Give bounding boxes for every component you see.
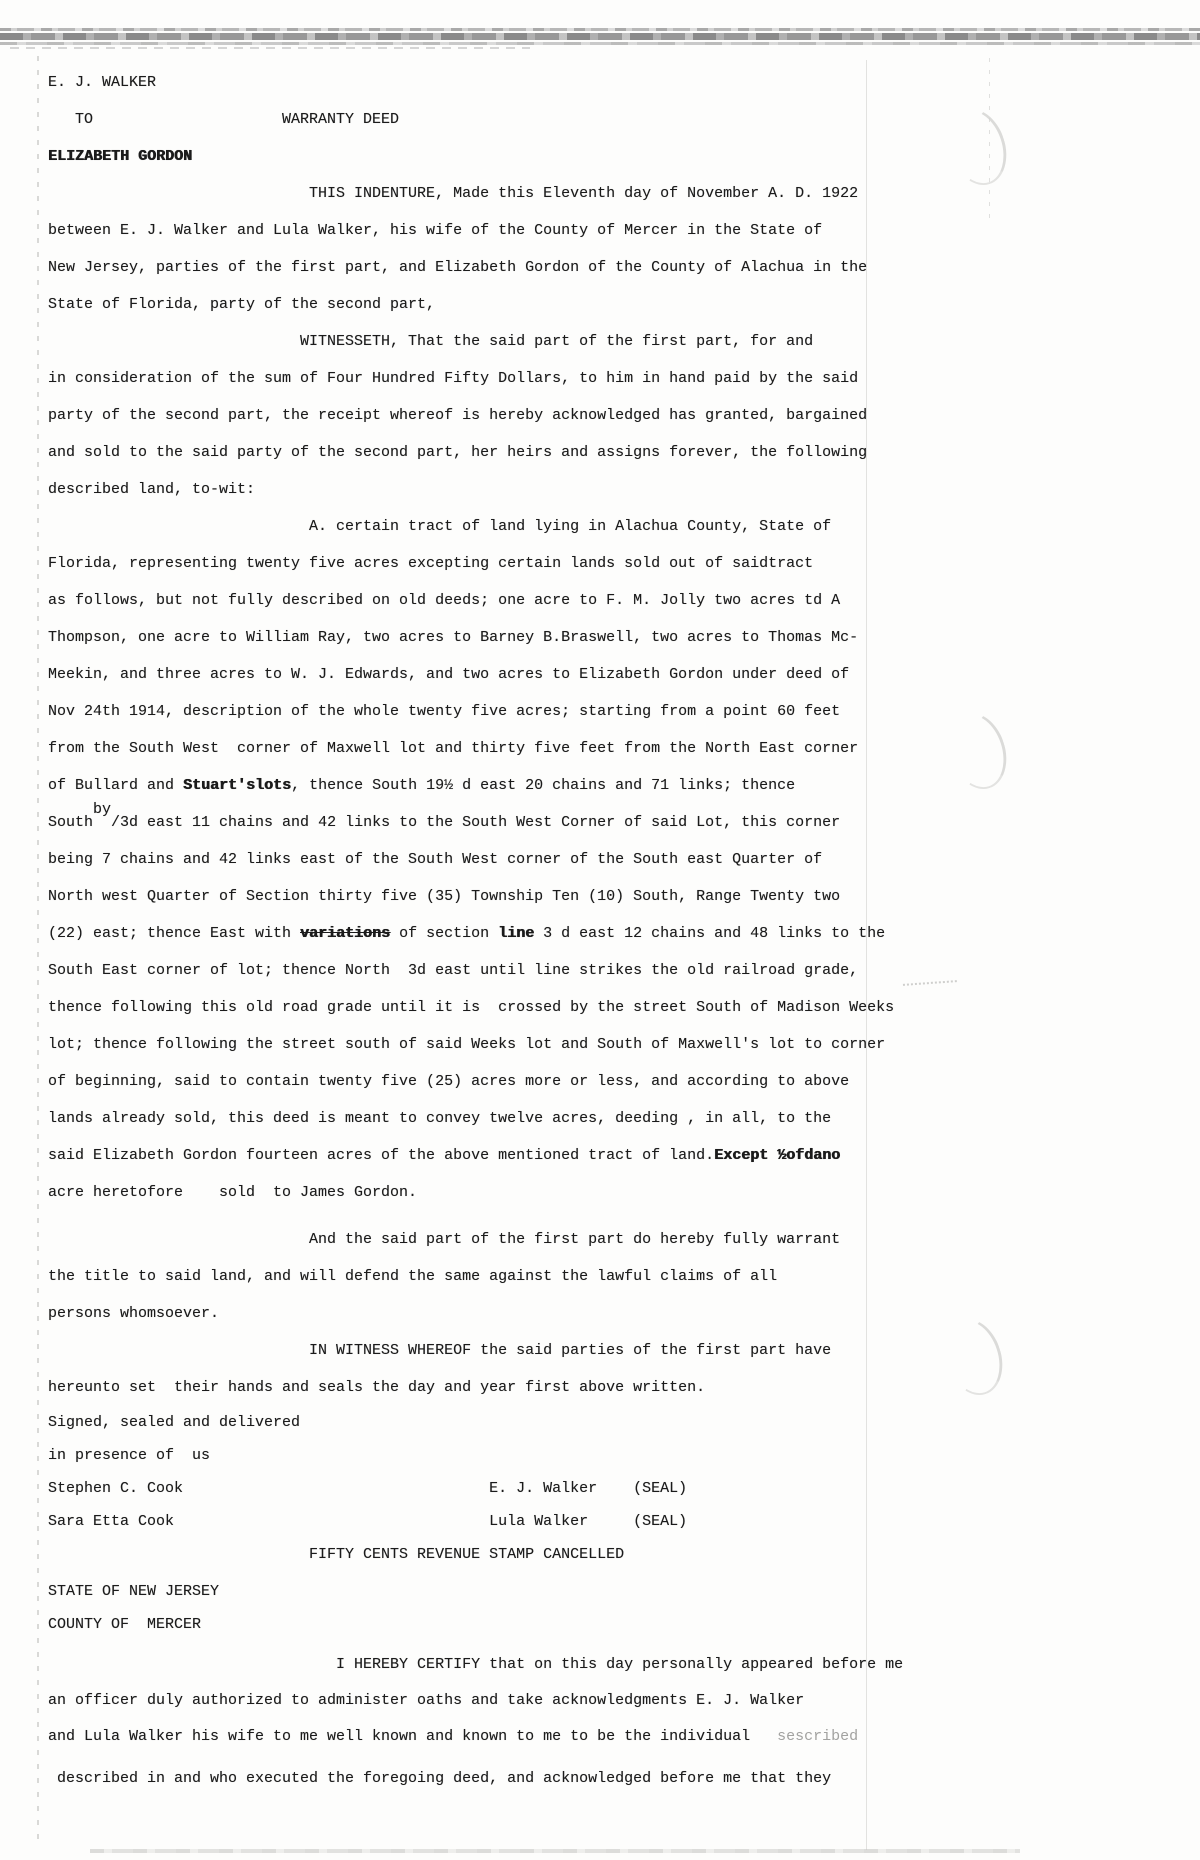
text-line: Meekin, and three acres to W. J. Edwards… (48, 656, 1188, 693)
bold-text-segment: Stuart'slots (183, 777, 291, 794)
scan-edge-line (0, 28, 1200, 31)
text-segment: /3d east 11 chains and 42 links to the S… (111, 814, 840, 831)
text-line: hereunto set their hands and seals the d… (48, 1369, 1188, 1406)
text-line: and sold to the said party of the second… (48, 434, 1188, 471)
text-line: ELIZABETH GORDON (48, 138, 1188, 175)
left-margin-dotted-line (37, 56, 39, 1840)
text-line: And the said part of the first part do h… (48, 1221, 1188, 1258)
text-line: E. J. WALKER (48, 64, 1188, 101)
scan-edge-line (0, 33, 1200, 40)
text-line: from the South West corner of Maxwell lo… (48, 730, 1188, 767)
text-line: Signed, sealed and delivered (48, 1406, 1188, 1439)
text-line: Thompson, one acre to William Ray, two a… (48, 619, 1188, 656)
text-line: Stephen C. Cook E. J. Walker (SEAL) (48, 1472, 1188, 1505)
text-segment: South (48, 814, 93, 831)
text-line: described in and who executed the forego… (48, 1761, 1188, 1797)
text-line: party of the second part, the receipt wh… (48, 397, 1188, 434)
text-segment: 3 d east 12 chains and 48 links to the (534, 925, 885, 942)
bold-text-segment: line (498, 925, 534, 942)
text-line: in consideration of the sum of Four Hund… (48, 360, 1188, 397)
text-line: an officer duly authorized to administer… (48, 1683, 1188, 1719)
text-line: between E. J. Walker and Lula Walker, hi… (48, 212, 1188, 249)
text-segment: of section (390, 925, 498, 942)
raised-text-segment: by (93, 791, 111, 828)
text-line: said Elizabeth Gordon fourteen acres of … (48, 1137, 1188, 1174)
scan-edge-bottom (90, 1849, 1020, 1853)
signature-block: Signed, sealed and deliveredin presence … (48, 1406, 1188, 1641)
text-segment: and Lula Walker his wife to me well know… (48, 1728, 777, 1745)
text-line: I HEREBY CERTIFY that on this day person… (48, 1647, 1188, 1683)
text-line: the title to said land, and will defend … (48, 1258, 1188, 1295)
text-segment: said Elizabeth Gordon fourteen acres of … (48, 1147, 714, 1164)
faint-text-segment: sescribed (777, 1728, 858, 1745)
text-line: (22) east; thence East with variations o… (48, 915, 1188, 952)
text-line: Southby/3d east 11 chains and 42 links t… (48, 804, 1188, 841)
text-line: as follows, but not fully described on o… (48, 582, 1188, 619)
text-line: FIFTY CENTS REVENUE STAMP CANCELLED (48, 1538, 1188, 1571)
scan-edge-top (0, 26, 1200, 54)
deed-body-block: E. J. WALKER TO WARRANTY DEEDELIZABETH G… (48, 64, 1188, 1406)
text-line: State of Florida, party of the second pa… (48, 286, 1188, 323)
text-line: New Jersey, parties of the first part, a… (48, 249, 1188, 286)
bold-text-segment: variations (300, 925, 390, 942)
text-line: lands already sold, this deed is meant t… (48, 1100, 1188, 1137)
text-line: South East corner of lot; thence North 3… (48, 952, 1188, 989)
bold-text-segment: Except ½ofdano (714, 1147, 840, 1164)
deed-document-page: E. J. WALKER TO WARRANTY DEEDELIZABETH G… (0, 0, 1200, 1860)
text-line: Sara Etta Cook Lula Walker (SEAL) (48, 1505, 1188, 1538)
text-line: of beginning, said to contain twenty fiv… (48, 1063, 1188, 1100)
text-line: IN WITNESS WHEREOF the said parties of t… (48, 1332, 1188, 1369)
text-line: A. certain tract of land lying in Alachu… (48, 508, 1188, 545)
notary-certificate-block: I HEREBY CERTIFY that on this day person… (48, 1647, 1188, 1797)
text-line: TO WARRANTY DEED (48, 101, 1188, 138)
text-line: STATE OF NEW JERSEY (48, 1575, 1188, 1608)
text-line: Florida, representing twenty five acres … (48, 545, 1188, 582)
text-line: Nov 24th 1914, description of the whole … (48, 693, 1188, 730)
text-line: described land, to-wit: (48, 471, 1188, 508)
scan-edge-line (0, 42, 1200, 45)
text-line: COUNTY OF MERCER (48, 1608, 1188, 1641)
text-line: THIS INDENTURE, Made this Eleventh day o… (48, 175, 1188, 212)
text-line: of Bullard and Stuart'slots, thence Sout… (48, 767, 1188, 804)
text-line: North west Quarter of Section thirty fiv… (48, 878, 1188, 915)
text-segment: , thence South 19½ d east 20 chains and … (291, 777, 795, 794)
text-line: WITNESSETH, That the said part of the fi… (48, 323, 1188, 360)
text-line: acre heretofore sold to James Gordon. (48, 1174, 1188, 1211)
text-segment: of Bullard and (48, 777, 183, 794)
text-line: and Lula Walker his wife to me well know… (48, 1719, 1188, 1755)
scan-edge-line (10, 47, 530, 49)
text-column: E. J. WALKER TO WARRANTY DEEDELIZABETH G… (48, 64, 1188, 1797)
text-line: being 7 chains and 42 links east of the … (48, 841, 1188, 878)
text-line: persons whomsoever. (48, 1295, 1188, 1332)
text-segment: (22) east; thence East with (48, 925, 300, 942)
text-line: thence following this old road grade unt… (48, 989, 1188, 1026)
text-line: in presence of us (48, 1439, 1188, 1472)
text-line: lot; thence following the street south o… (48, 1026, 1188, 1063)
